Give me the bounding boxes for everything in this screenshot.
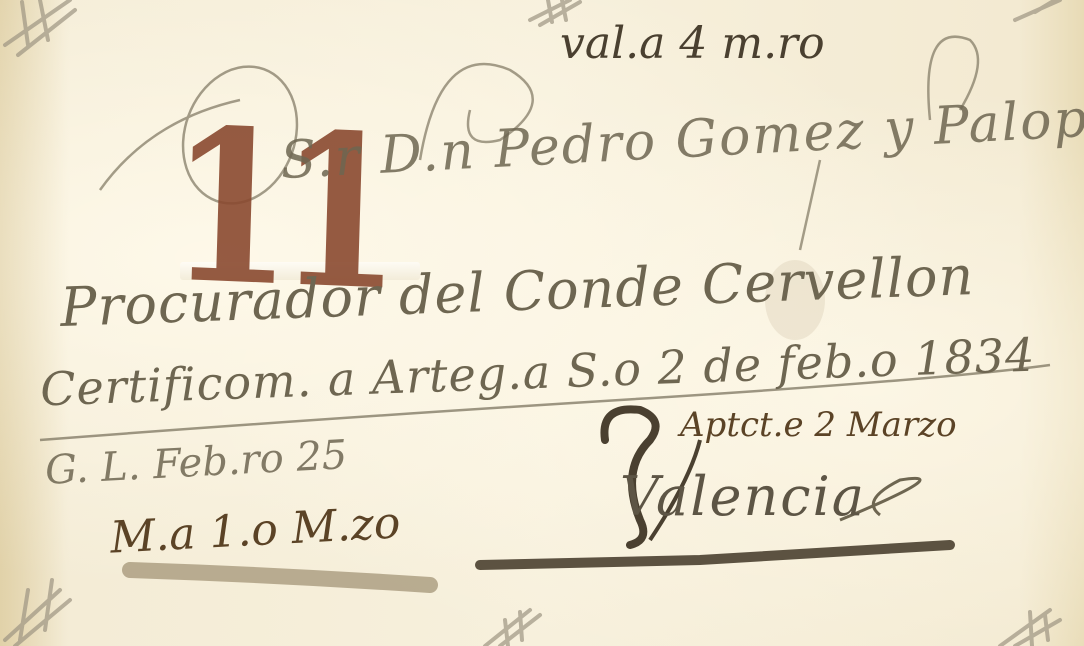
- letter-cover: 11 val.a 4 m.ro S.r D.n Pedro Gomez y Pa…: [0, 0, 1084, 646]
- bottom-brush-line-left: [130, 570, 430, 585]
- arrival-note: Aptct.e 2 Marzo: [680, 405, 957, 445]
- bottom-brush-line-right: [480, 545, 950, 565]
- top-rate-note: val.a 4 m.ro: [560, 18, 825, 69]
- destination-city: Valencia: [620, 465, 866, 528]
